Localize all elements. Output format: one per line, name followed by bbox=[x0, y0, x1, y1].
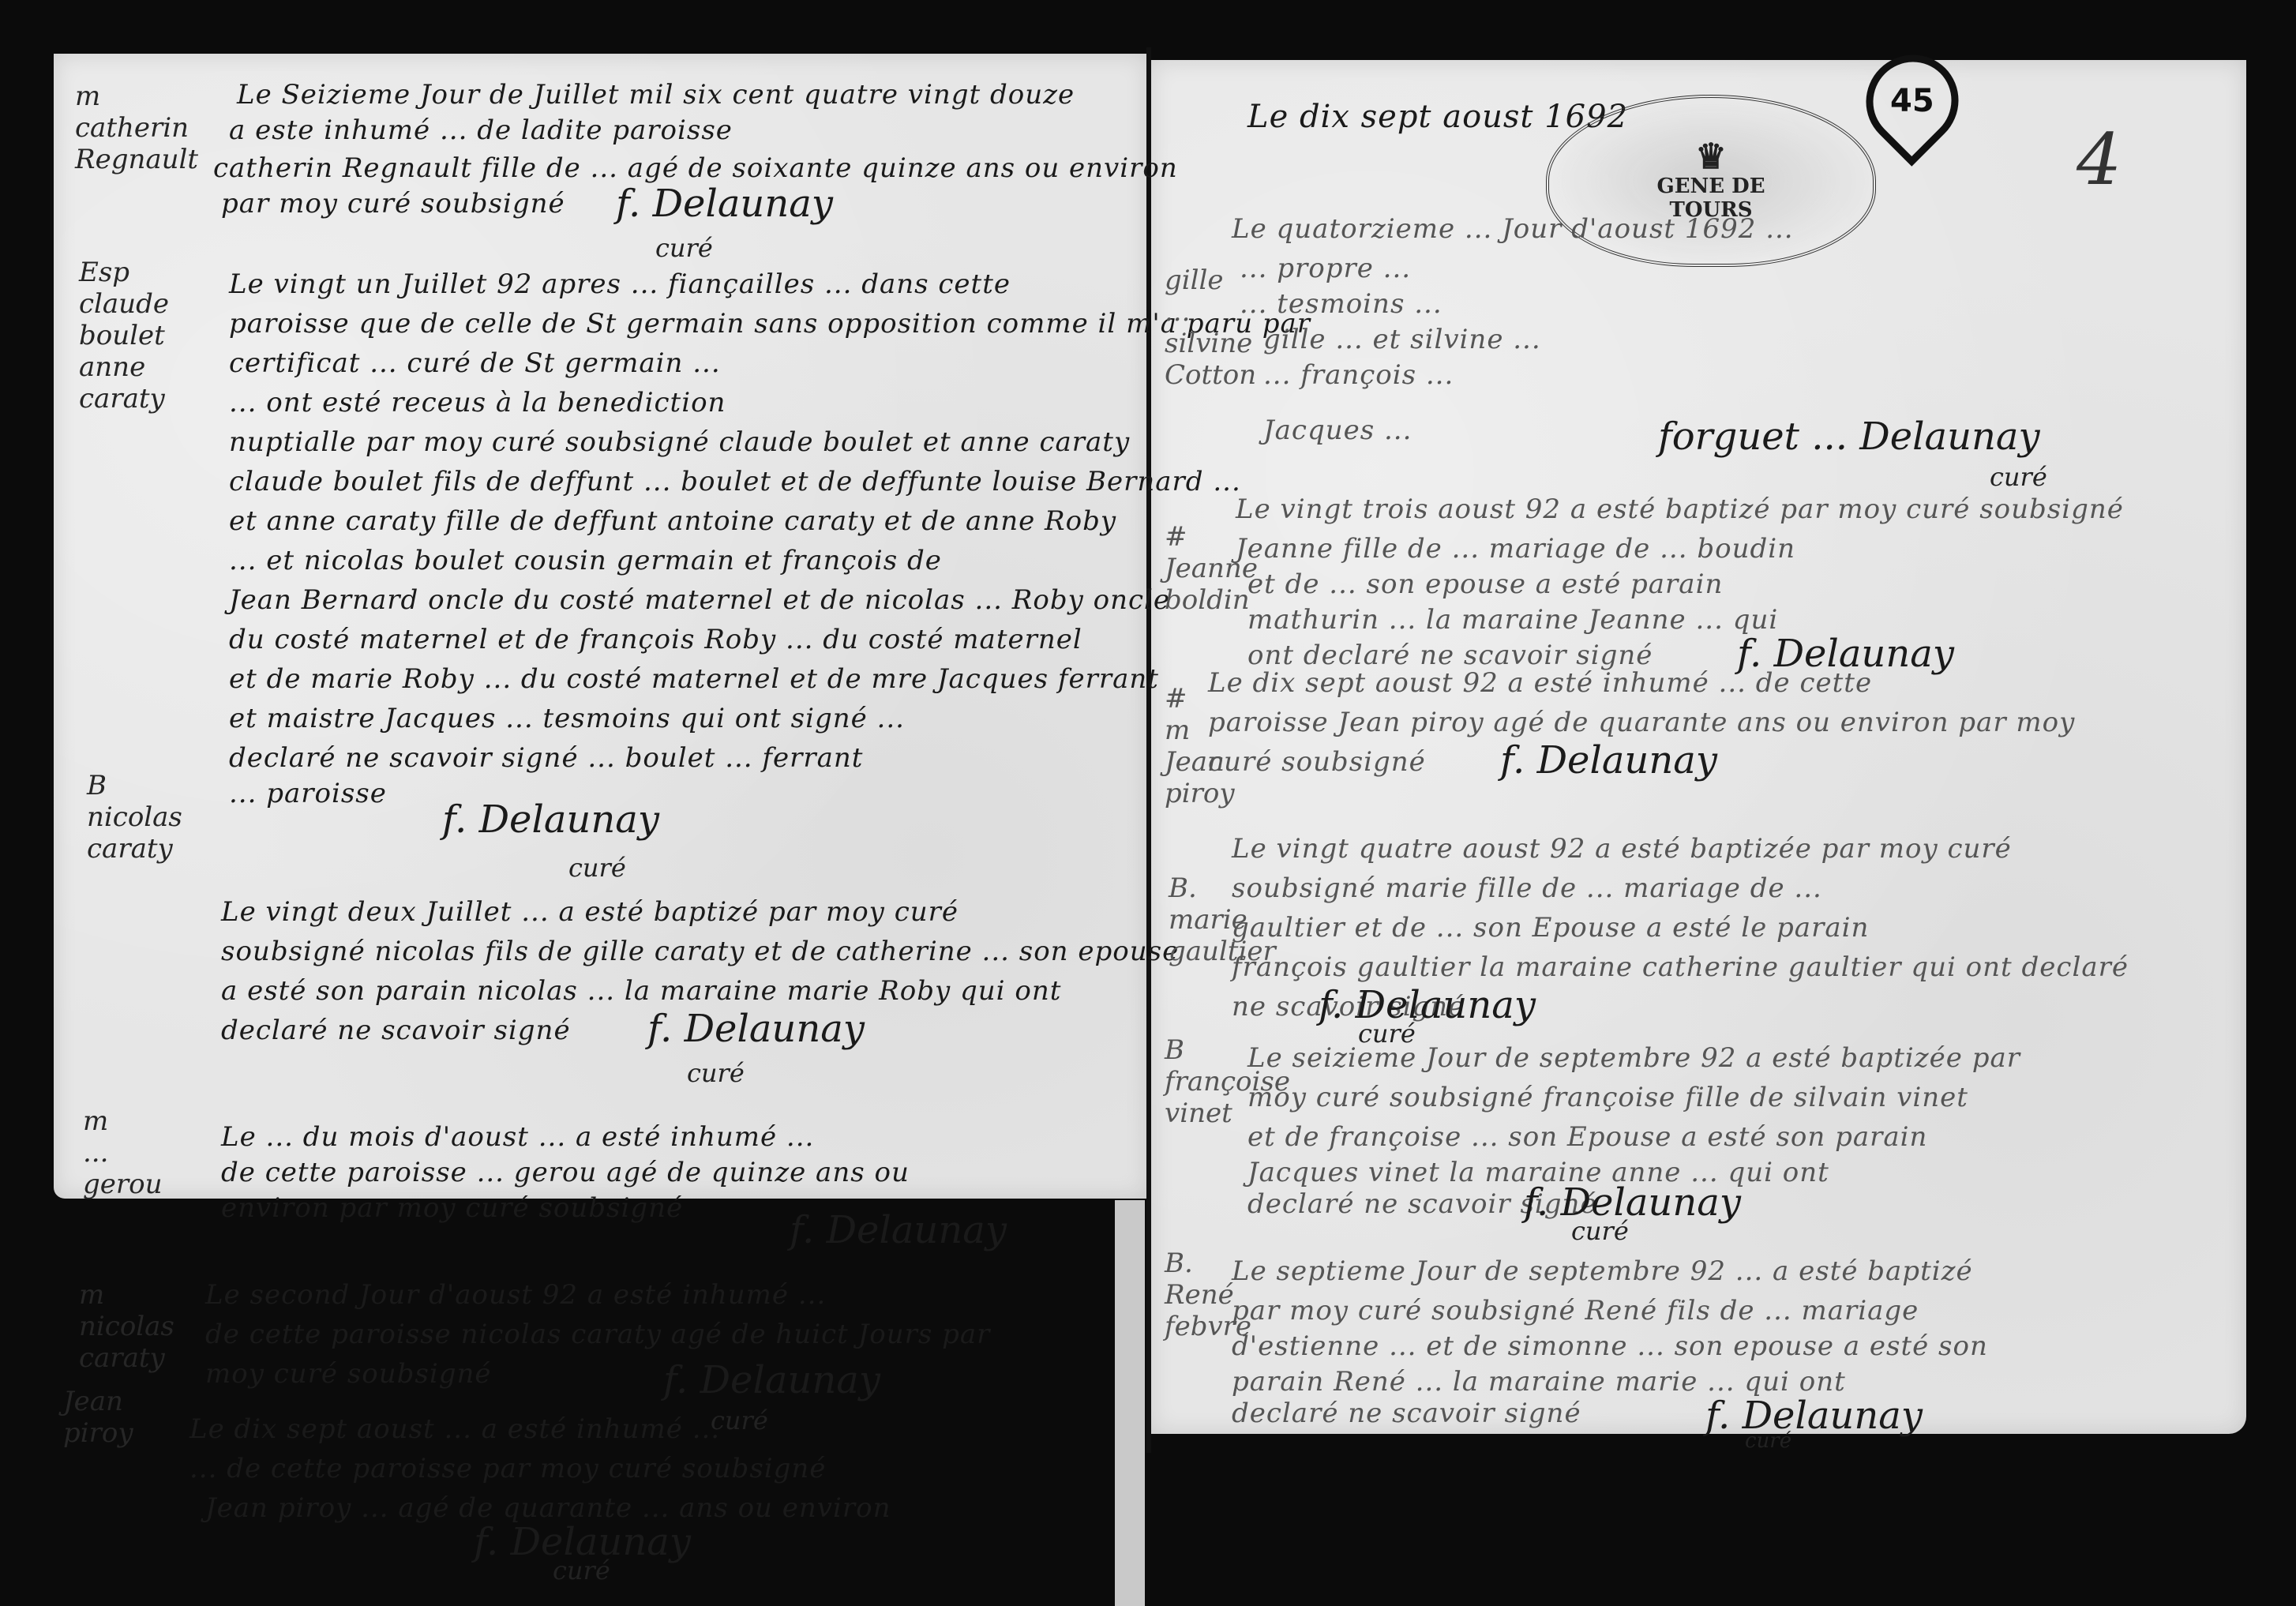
record-line: Le vingt quatre aoust 92 a esté baptizée… bbox=[1232, 833, 2012, 865]
record-line: ... de cette paroisse par moy curé soubs… bbox=[189, 1453, 826, 1484]
binding-strip bbox=[1115, 1200, 1145, 1606]
record-line: Jacques ... bbox=[1263, 415, 1412, 446]
record-line: par moy curé soubsigné René fils de ... … bbox=[1232, 1295, 1919, 1326]
signature-title: curé bbox=[1990, 462, 2047, 492]
record-line: ... tesmoins ... bbox=[1240, 288, 1443, 320]
record-line: gaultier et de ... son Epouse a esté le … bbox=[1232, 912, 1869, 944]
signature-title: curé bbox=[568, 853, 626, 883]
record-line: declaré ne scavoir signé ... boulet ... … bbox=[229, 742, 863, 774]
record-line: declaré ne scavoir signé bbox=[1232, 1398, 1581, 1429]
book-gutter bbox=[1146, 47, 1151, 1453]
record-line: et de marie Roby ... du costé maternel e… bbox=[229, 663, 1159, 695]
margin-note: Jean piroy bbox=[63, 1386, 133, 1449]
record-line: declaré ne scavoir signé bbox=[221, 1015, 571, 1046]
record-line: d'estienne ... et de simonne ... son epo… bbox=[1232, 1330, 1988, 1362]
record-line: et de françoise ... son Epouse a esté so… bbox=[1247, 1121, 1927, 1153]
priest-signature: f. Delaunay bbox=[442, 797, 659, 842]
priest-signature: f. Delaunay bbox=[647, 1007, 865, 1051]
margin-note: m ... gerou bbox=[83, 1105, 163, 1200]
record-line: ... propre ... bbox=[1240, 253, 1411, 284]
record-line: catherin Regnault fille de ... agé de so… bbox=[213, 152, 1178, 184]
record-line: gille ... et silvine ... bbox=[1263, 324, 1541, 355]
margin-note: m catherin Regnault bbox=[75, 81, 198, 175]
priest-signature: f. Delaunay bbox=[1500, 738, 1717, 782]
record-line: a este inhumé ... de ladite paroisse bbox=[229, 114, 733, 146]
record-line: ... paroisse bbox=[229, 778, 387, 809]
record-line: environ par moy curé soubsigné bbox=[221, 1192, 683, 1224]
record-line: Jean Bernard oncle du costé maternel et … bbox=[229, 584, 1170, 616]
record-line: Le Seizieme Jour de Juillet mil six cent… bbox=[237, 79, 1075, 111]
record-line: ont declaré ne scavoir signé bbox=[1247, 640, 1653, 671]
record-line: mathurin ... la maraine Jeanne ... qui bbox=[1247, 604, 1778, 636]
record-line: nuptialle par moy curé soubsigné claude … bbox=[229, 426, 1130, 458]
record-line: Le vingt un Juillet 92 apres ... fiançai… bbox=[229, 268, 1011, 300]
signature-title: curé bbox=[655, 233, 713, 263]
record-line: curé soubsigné bbox=[1208, 746, 1426, 778]
priest-signature: f. Delaunay bbox=[1705, 1394, 1923, 1438]
signature-title: curé bbox=[553, 1555, 610, 1585]
crown-icon: ♛ bbox=[1695, 140, 1726, 174]
record-line: ... ont esté receus à la benediction bbox=[229, 387, 726, 418]
record-line: et maistre Jacques ... tesmoins qui ont … bbox=[229, 703, 905, 734]
signature-title: curé bbox=[687, 1058, 745, 1088]
folio-number: 4 bbox=[2077, 118, 2122, 201]
record-line: Le vingt deux Juillet ... a esté baptizé… bbox=[221, 896, 959, 928]
record-line: Le ... du mois d'aoust ... a esté inhumé… bbox=[221, 1121, 814, 1153]
record-line: Le dix sept aoust ... a esté inhumé ... bbox=[189, 1413, 720, 1445]
tax-stamp-text: GENE DE bbox=[1656, 174, 1765, 198]
record-line: soubsigné nicolas fils de gille caraty e… bbox=[221, 936, 1179, 967]
margin-note: B nicolas caraty bbox=[87, 770, 182, 865]
record-line: Jeanne fille de ... mariage de ... boudi… bbox=[1236, 533, 1795, 565]
record-line: parain René ... la maraine marie ... qui… bbox=[1232, 1366, 1846, 1398]
page-header-date: Le dix sept aoust 1692 bbox=[1247, 99, 1628, 135]
priest-signature: f. Delaunay bbox=[1524, 1180, 1741, 1225]
record-line: Le vingt trois aoust 92 a esté baptizé p… bbox=[1236, 493, 2124, 525]
record-line: françois gaultier la maraine catherine g… bbox=[1232, 951, 2129, 983]
record-line: Le dix sept aoust 92 a esté inhumé ... d… bbox=[1208, 667, 1872, 699]
margin-note: Esp claude boulet anne caraty bbox=[79, 257, 169, 415]
priest-signature: f. Delaunay bbox=[790, 1208, 1007, 1252]
signature-title: curé bbox=[1745, 1429, 1791, 1453]
record-line: paroisse Jean piroy agé de quarante ans … bbox=[1208, 707, 2075, 738]
record-line: moy curé soubsigné bbox=[205, 1358, 492, 1390]
priest-signature: f. Delaunay bbox=[616, 182, 833, 226]
priest-signature: forguet ... Delaunay bbox=[1658, 415, 2040, 459]
record-line: claude boulet fils de deffunt ... boulet… bbox=[229, 466, 1241, 497]
record-line: du costé maternel et de françois Roby ..… bbox=[229, 624, 1082, 655]
record-line: Le second Jour d'aoust 92 a esté inhumé … bbox=[205, 1279, 826, 1311]
record-line: par moy curé soubsigné bbox=[221, 188, 565, 220]
record-line: a esté son parain nicolas ... la maraine… bbox=[221, 975, 1061, 1007]
margin-note: m nicolas caraty bbox=[79, 1279, 174, 1374]
record-line: de cette paroisse nicolas caraty agé de … bbox=[205, 1319, 990, 1350]
record-line: de cette paroisse ... gerou agé de quinz… bbox=[221, 1157, 910, 1188]
record-line: et de ... son epouse a esté parain bbox=[1247, 568, 1723, 600]
record-line: Le septieme Jour de septembre 92 ... a e… bbox=[1232, 1255, 1973, 1287]
record-line: ... françois ... bbox=[1263, 359, 1454, 391]
record-line: Le seizieme Jour de septembre 92 a esté … bbox=[1247, 1042, 2020, 1074]
record-line: ... et nicolas boulet cousin germain et … bbox=[229, 545, 942, 576]
record-line: certificat ... curé de St germain ... bbox=[229, 347, 721, 379]
record-line: Le quatorzieme ... Jour d'aoust 1692 ... bbox=[1232, 213, 1794, 245]
record-line: moy curé soubsigné françoise fille de si… bbox=[1247, 1082, 1968, 1113]
record-line: soubsigné marie fille de ... mariage de … bbox=[1232, 872, 1822, 904]
signature-title: curé bbox=[1571, 1216, 1629, 1246]
record-line: paroisse que de celle de St germain sans… bbox=[229, 308, 1311, 340]
priest-signature: f. Delaunay bbox=[1319, 983, 1536, 1027]
priest-signature: f. Delaunay bbox=[663, 1358, 880, 1402]
record-line: et anne caraty fille de deffunt antoine … bbox=[229, 505, 1116, 537]
record-line: Jean piroy ... agé de quarante ... ans o… bbox=[205, 1492, 891, 1524]
